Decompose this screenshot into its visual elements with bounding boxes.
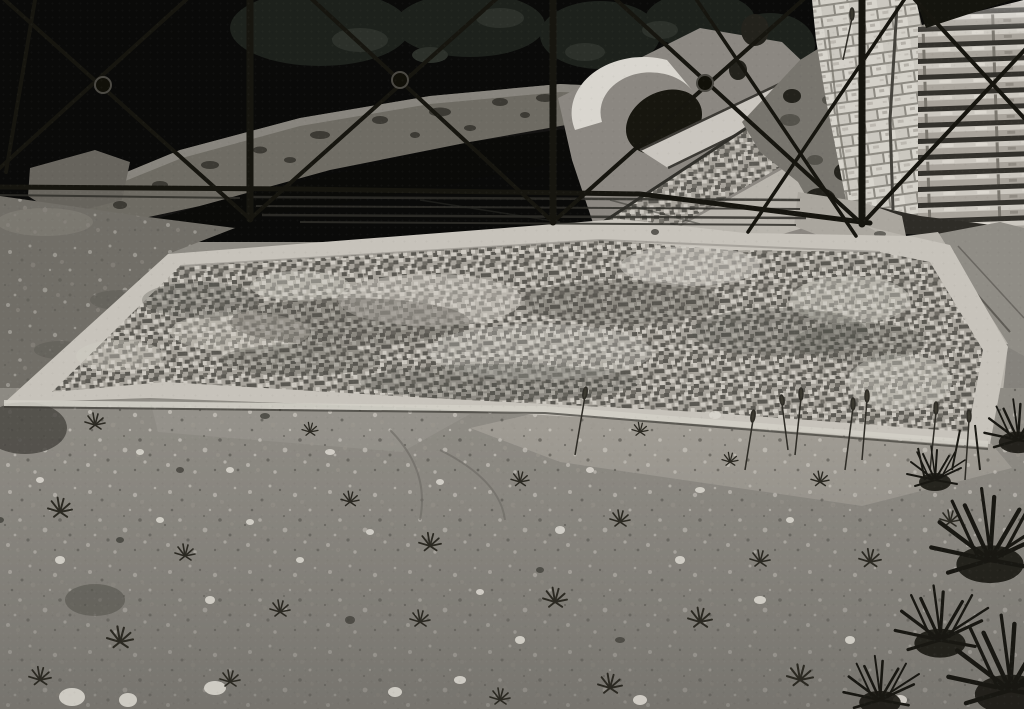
fence-joint-boss xyxy=(697,75,713,91)
fence-joint-boss xyxy=(392,72,408,88)
fence-joint-boss xyxy=(95,77,111,93)
photograph-mosaic-excavation xyxy=(0,0,1024,709)
